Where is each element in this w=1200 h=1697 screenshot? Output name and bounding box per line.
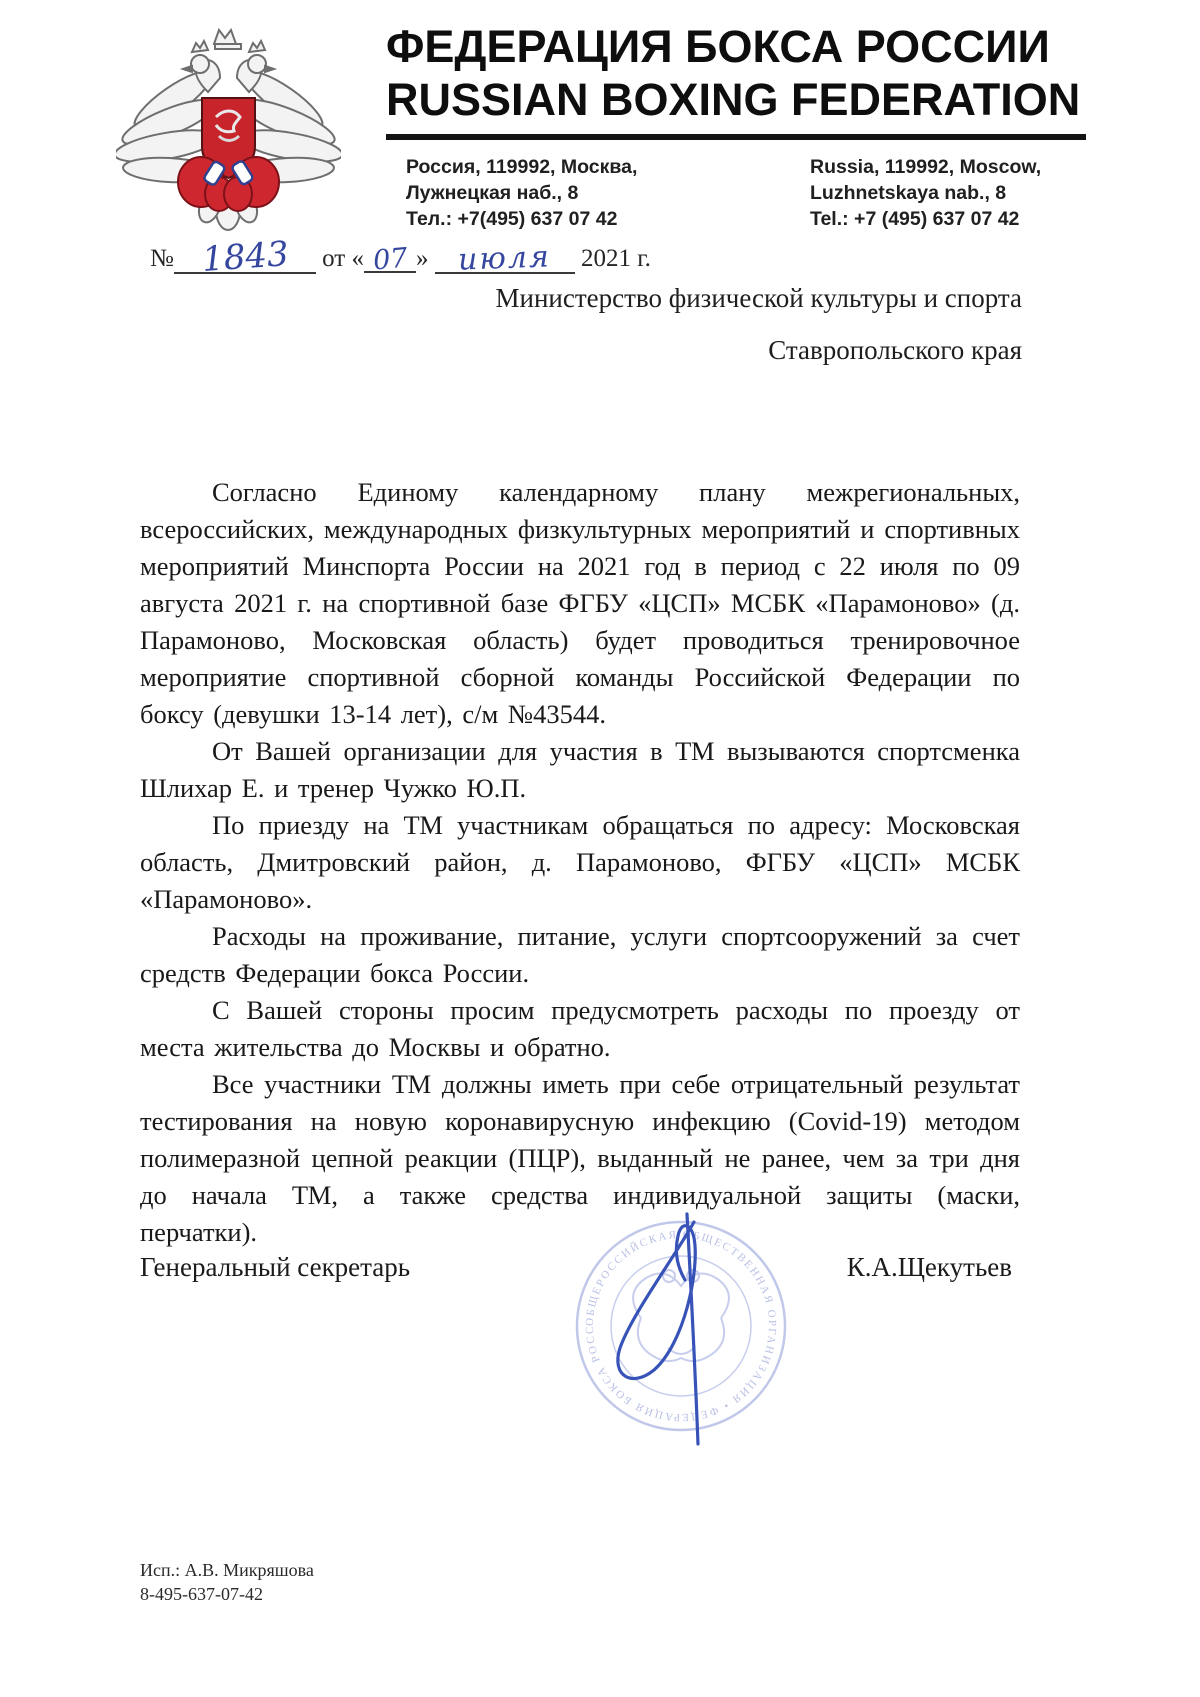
doc-number-blank: 1843: [174, 238, 316, 274]
executor-phone: 8-495-637-07-42: [140, 1582, 314, 1606]
recipient-line2: Ставропольского края: [496, 335, 1022, 366]
signer-name: К.А.Щекутьев: [847, 1252, 1012, 1283]
document-page: ФЕДЕРАЦИЯ БОКСА РОССИИ RUSSIAN BOXING FE…: [0, 0, 1200, 1697]
header-divider: [386, 134, 1086, 140]
round-stamp: ОБЩЕРОССИЙСКАЯ ОБЩЕСТВЕННАЯ ОРГАНИЗАЦИЯ …: [556, 1198, 806, 1456]
recipient-line1: Министерство физической культуры и спорт…: [496, 283, 1022, 314]
month-blank: июля: [435, 242, 575, 274]
paragraph-2: От Вашей организации для участия в ТМ вы…: [140, 733, 1020, 807]
letter-body: Согласно Единому календарному плану межр…: [140, 474, 1020, 1251]
from-label: от «: [322, 245, 364, 272]
day-blank: 07: [364, 244, 416, 273]
reference-line: №1843 от «07» июля 2021 г.: [150, 238, 651, 274]
paragraph-5: С Вашей стороны просим предусмотреть рас…: [140, 992, 1020, 1066]
stamp-eagle-emblem: [633, 1270, 729, 1361]
org-title-russian: ФЕДЕРАЦИЯ БОКСА РОССИИ: [386, 20, 1102, 73]
svg-text:ОБЩЕРОССИЙСКАЯ ОБЩЕСТВЕННАЯ ОР: ОБЩЕРОССИЙСКАЯ ОБЩЕСТВЕННАЯ ОРГАНИЗАЦИЯ …: [556, 1198, 778, 1423]
executor-block: Исп.: А.В. Микряшова 8-495-637-07-42: [140, 1558, 314, 1606]
signer-position: Генеральный секретарь: [140, 1252, 410, 1283]
handwritten-day: 07: [372, 245, 409, 275]
paragraph-4: Расходы на проживание, питание, услуги с…: [140, 918, 1020, 992]
federation-emblem-logo: [116, 22, 341, 234]
recipient-block: Министерство физической культуры и спорт…: [496, 283, 1022, 366]
executor-name: Исп.: А.В. Микряшова: [140, 1558, 314, 1582]
stamp-ring-text: ОБЩЕРОССИЙСКАЯ ОБЩЕСТВЕННАЯ ОРГАНИЗАЦИЯ …: [556, 1198, 778, 1423]
paragraph-3: По приезду на ТМ участникам обращаться п…: [140, 807, 1020, 918]
year-suffix: 2021 г.: [581, 245, 651, 272]
address-russian: Россия, 119992, Москва, Лужнецкая наб., …: [406, 154, 637, 232]
quote-close: »: [416, 245, 429, 272]
address-english: Russia, 119992, Moscow, Luzhnetskaya nab…: [810, 154, 1041, 232]
paragraph-1: Согласно Единому календарному плану межр…: [140, 474, 1020, 733]
handwritten-month: июля: [458, 242, 552, 275]
letterhead: ФЕДЕРАЦИЯ БОКСА РОССИИ RUSSIAN BOXING FE…: [386, 20, 1102, 244]
org-title-english: RUSSIAN BOXING FEDERATION: [386, 73, 1102, 126]
number-sign: №: [150, 245, 174, 272]
handwritten-doc-number: 1843: [201, 237, 290, 277]
